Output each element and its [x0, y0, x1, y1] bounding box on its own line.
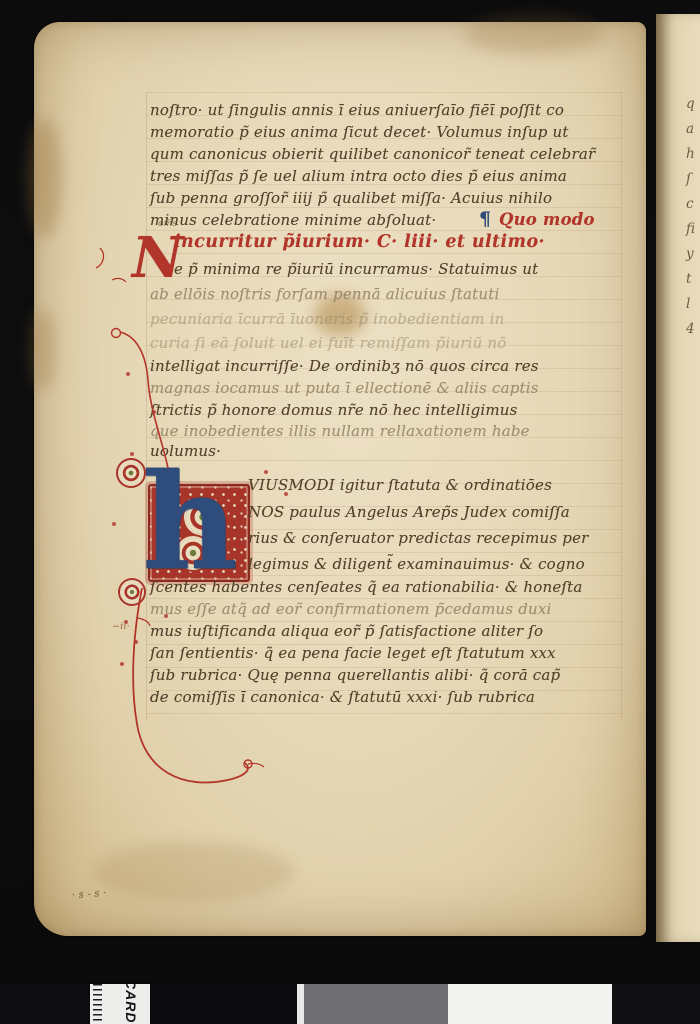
calibration-white-line: [297, 984, 304, 1024]
calibration-black-segment: [150, 984, 297, 1024]
margin-note: ~ii·: [112, 622, 130, 632]
red-dot: [120, 662, 124, 666]
parchment-page: noſtro· ut ſingulis annis ī eius aniuerſ…: [34, 22, 646, 936]
red-dot: [164, 614, 168, 618]
calibration-black-segment: [612, 984, 700, 1024]
calibration-strip: CARD: [0, 984, 700, 1024]
red-dot: [130, 452, 134, 456]
calibration-white-segment: [448, 984, 612, 1024]
manuscript-photo: noſtro· ut ſingulis annis ī eius aniuerſ…: [0, 0, 700, 1024]
calibration-card-label: CARD: [104, 984, 150, 1024]
pen-flourish: [34, 22, 646, 936]
facing-page-text-fragments: q a h ſ c fi y t l 4: [686, 92, 695, 342]
red-dot: [264, 470, 268, 474]
calibration-card: CARD: [90, 984, 150, 1024]
red-dot: [134, 640, 138, 644]
ruler-ticks: [93, 984, 102, 1024]
red-dot: [126, 372, 130, 376]
red-dot: [112, 522, 116, 526]
red-dot: [152, 410, 156, 414]
red-dot: [284, 492, 288, 496]
facing-page-edge: q a h ſ c fi y t l 4: [656, 14, 700, 942]
calibration-gray-segment: [304, 984, 448, 1024]
calibration-black-segment: [0, 984, 90, 1024]
